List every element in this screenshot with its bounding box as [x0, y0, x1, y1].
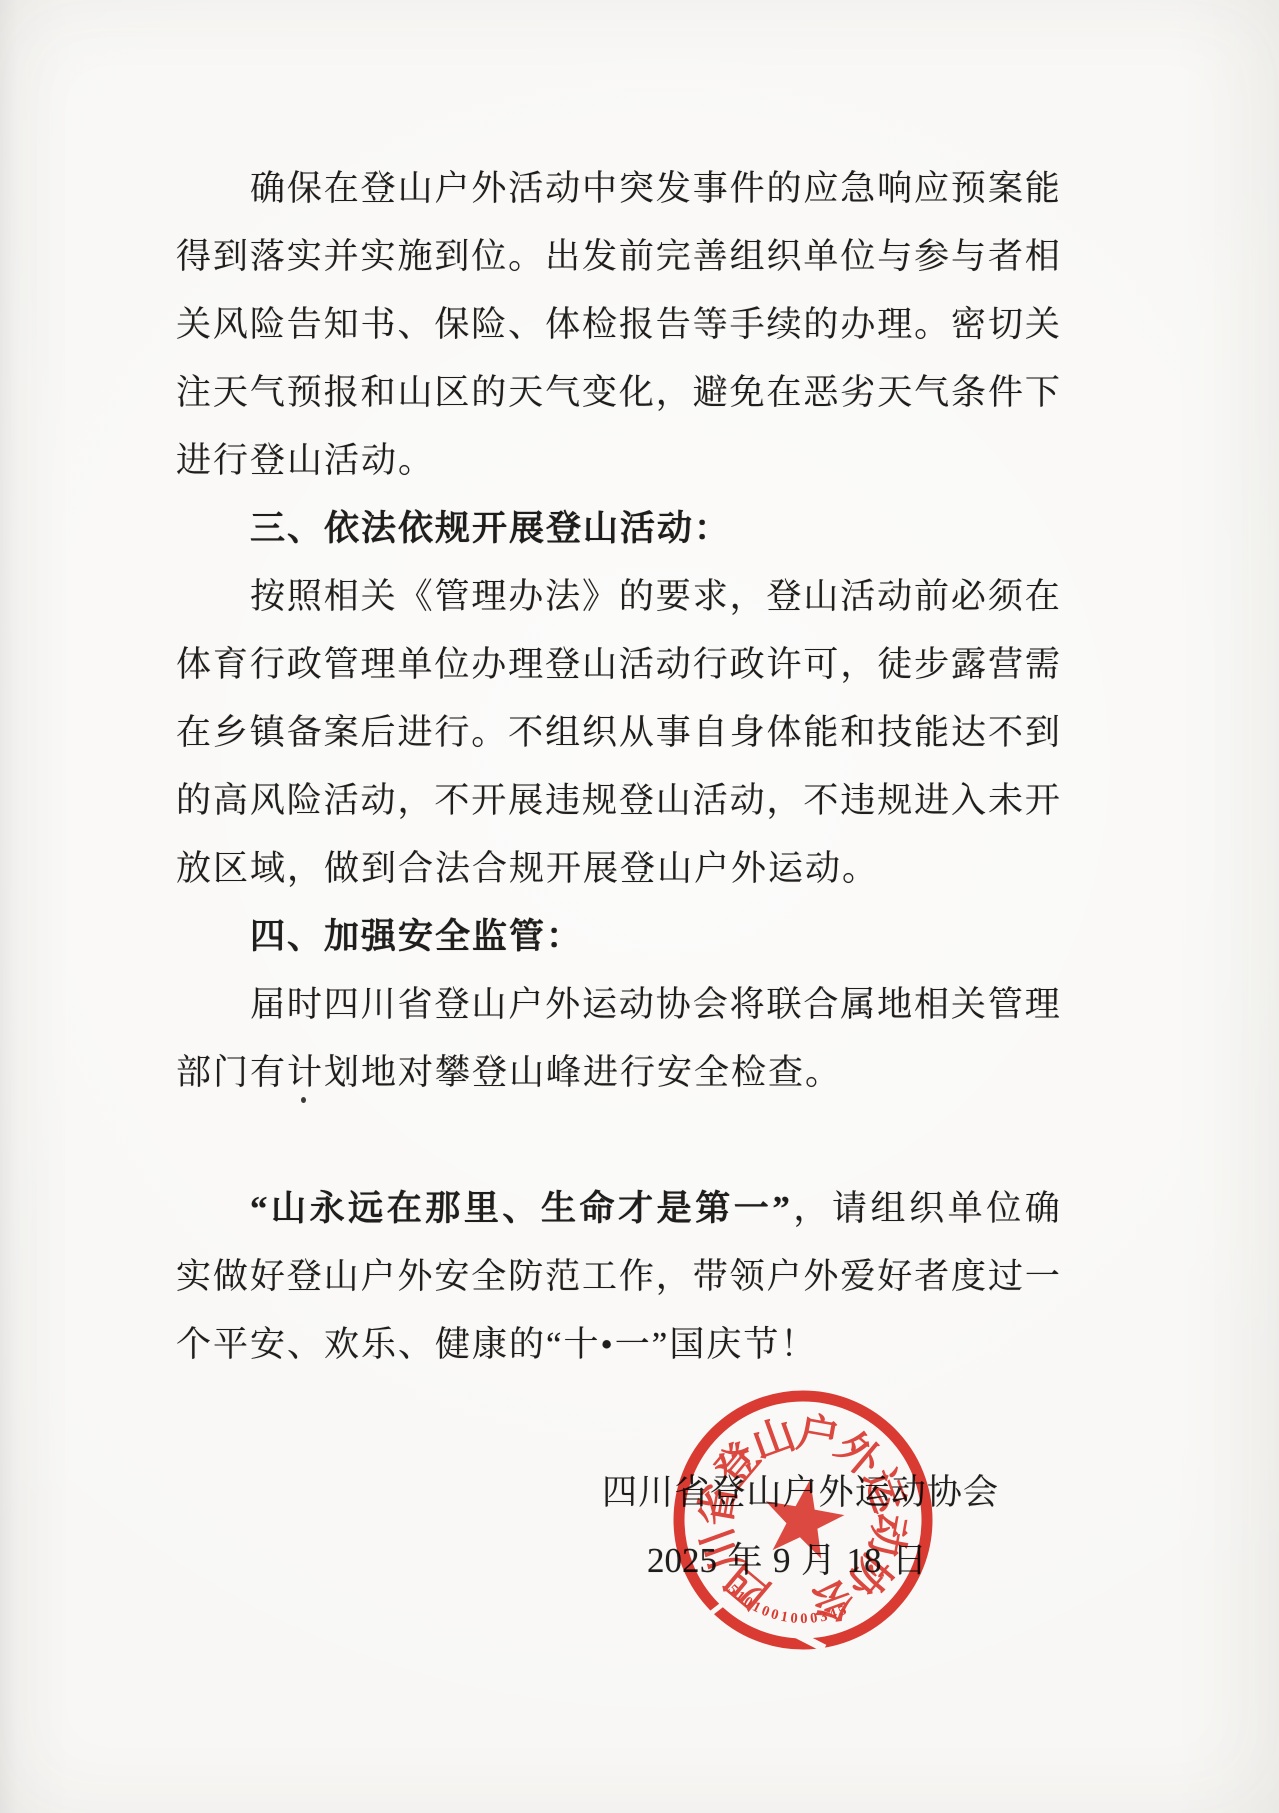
text-line: 部门有计划地对攀登山峰进行安全检查。	[176, 1039, 1060, 1107]
text-line: 得到落实并实施到位。出发前完善组织单位与参与者相	[176, 223, 1060, 291]
text-line: 确保在登山户外活动中突发事件的应急响应预案能	[176, 155, 1060, 223]
text-line: 在乡镇备案后进行。不组织从事自身体能和技能达不到	[176, 699, 1060, 767]
text-line: 个平安、欢乐、健康的“十•一”国庆节！	[176, 1311, 1060, 1379]
text-line: 进行登山活动。	[176, 427, 1060, 495]
text-line: 放区域，做到合法合规开展登山户外运动。	[176, 835, 1060, 903]
text-line: 体育行政管理单位办理登山活动行政许可，徒步露营需	[176, 631, 1060, 699]
text-line: 关风险告知书、保险、体检报告等手续的办理。密切关	[176, 291, 1060, 359]
star-icon	[758, 1473, 850, 1562]
section-heading: 四、加强安全监管：	[176, 903, 1060, 971]
signature-char: 会	[963, 1472, 998, 1514]
text-line: “山永远在那里、生命才是第一”，请组织单位确	[176, 1175, 1060, 1243]
text-line: 注天气预报和山区的天气变化，避免在恶劣天气条件下	[176, 359, 1060, 427]
signature-char: 四	[602, 1472, 637, 1514]
document-page: 确保在登山户外活动中突发事件的应急响应预案能得到落实并实施到位。出发前完善组织单…	[0, 0, 1279, 1813]
paragraph-gap	[176, 1107, 1060, 1175]
official-seal: 四川省登山户外运动协会 5101001000345	[653, 1370, 953, 1670]
text-line: 按照相关《管理办法》的要求，登山活动前必须在	[176, 563, 1060, 631]
ink-dot-artifact	[301, 1097, 306, 1103]
document-body: 确保在登山户外活动中突发事件的应急响应预案能得到落实并实施到位。出发前完善组织单…	[176, 155, 1060, 1379]
text-line: 的高风险活动，不开展违规登山活动，不违规进入未开	[176, 767, 1060, 835]
text-line: 届时四川省登山户外运动协会将联合属地相关管理	[176, 971, 1060, 1039]
section-heading: 三、依法依规开展登山活动：	[176, 495, 1060, 563]
text-line: 实做好登山户外安全防范工作，带领户外爱好者度过一	[176, 1243, 1060, 1311]
